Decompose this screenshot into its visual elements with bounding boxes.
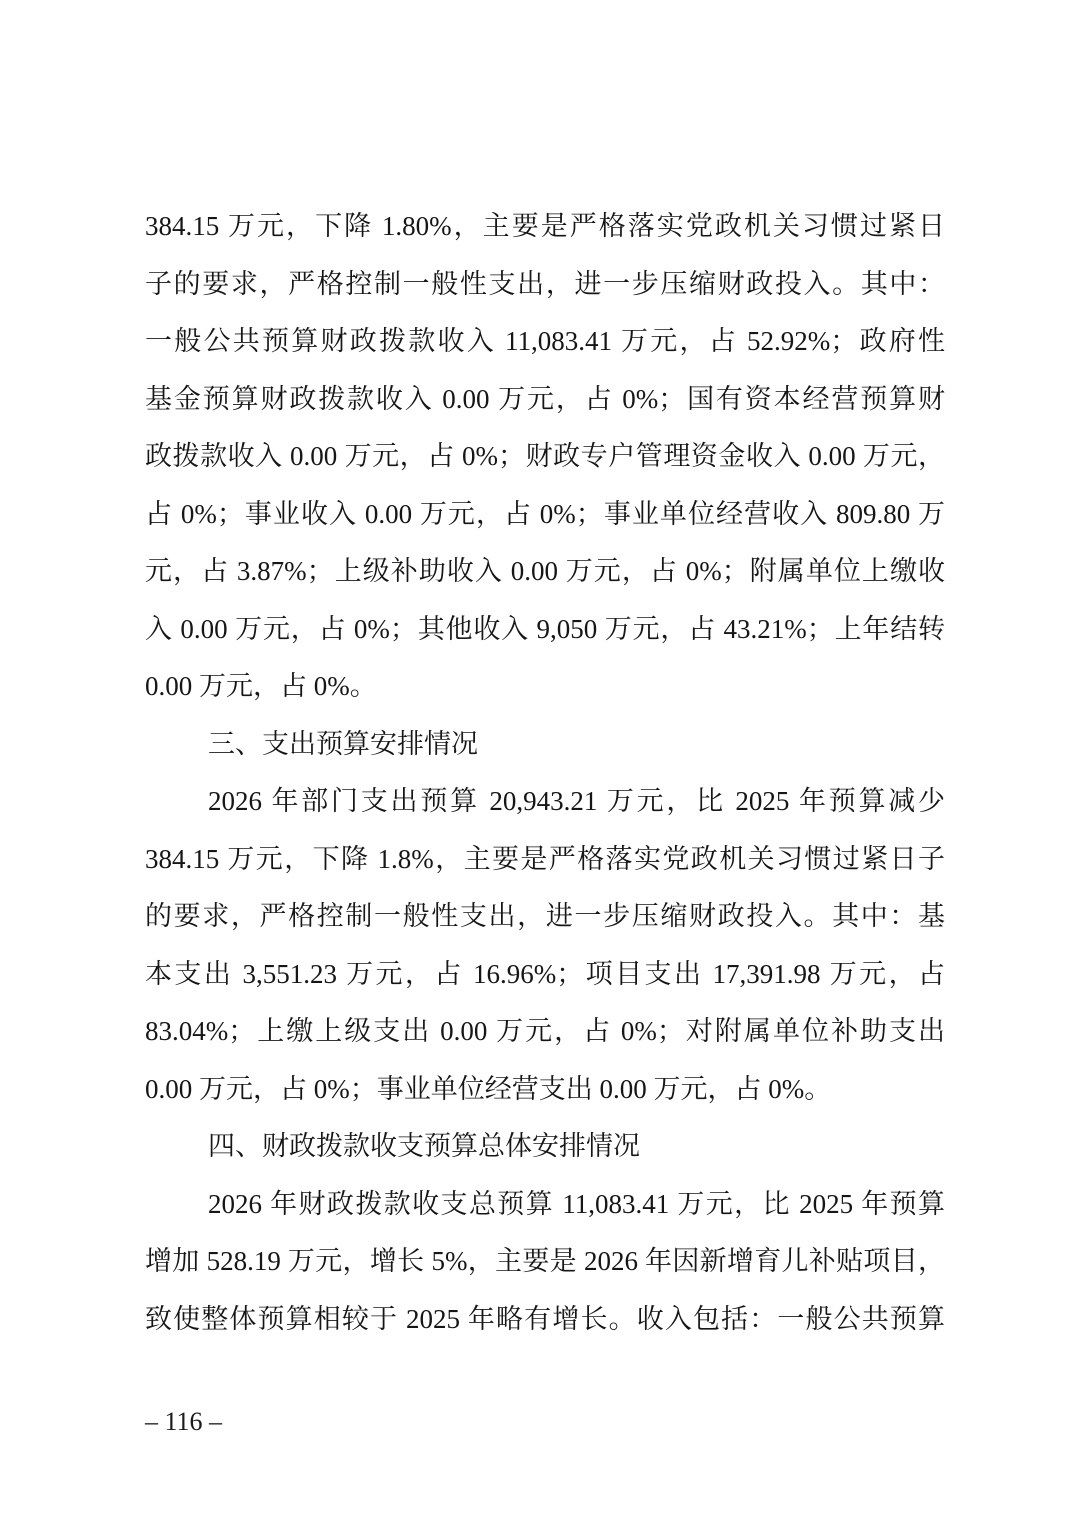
doc-line: 2026 年财政拨款收支总预算 11,083.41 万元，比 2025 年预算	[145, 1176, 945, 1234]
doc-line: 的要求，严格控制一般性支出，进一步压缩财政投入。其中：基	[145, 888, 945, 946]
doc-line: 致使整体预算相较于 2025 年略有增长。收入包括：一般公共预算	[145, 1291, 945, 1349]
doc-line: 0.00 万元，占 0%。	[145, 658, 945, 716]
section-heading-expenditure: 三、支出预算安排情况	[145, 716, 945, 774]
doc-line: 元，占 3.87%；上级补助收入 0.00 万元，占 0%；附属单位上缴收	[145, 543, 945, 601]
section-heading: 三、支出预算安排情况	[145, 716, 945, 774]
section-heading-fiscal-appropriation: 四、财政拨款收支预算总体安排情况	[145, 1118, 945, 1176]
doc-line: 增加 528.19 万元，增长 5%，主要是 2026 年因新增育儿补贴项目，	[145, 1233, 945, 1291]
document-body: 384.15 万元，下降 1.80%，主要是严格落实党政机关习惯过紧日 子的要求…	[145, 198, 945, 1348]
page-number: – 116 –	[145, 1402, 222, 1442]
doc-line: 基金预算财政拨款收入 0.00 万元，占 0%；国有资本经营预算财	[145, 371, 945, 429]
paragraph-fiscal-appropriation-total: 2026 年财政拨款收支总预算 11,083.41 万元，比 2025 年预算 …	[145, 1176, 945, 1349]
doc-line: 2026 年部门支出预算 20,943.21 万元，比 2025 年预算减少	[145, 773, 945, 831]
paragraph-income-budget-continued: 384.15 万元，下降 1.80%，主要是严格落实党政机关习惯过紧日 子的要求…	[145, 198, 945, 716]
doc-line: 子的要求，严格控制一般性支出，进一步压缩财政投入。其中：	[145, 256, 945, 314]
doc-line: 政拨款收入 0.00 万元，占 0%；财政专户管理资金收入 0.00 万元，	[145, 428, 945, 486]
doc-line: 入 0.00 万元，占 0%；其他收入 9,050 万元，占 43.21%；上年…	[145, 601, 945, 659]
paragraph-expenditure-budget: 2026 年部门支出预算 20,943.21 万元，比 2025 年预算减少 3…	[145, 773, 945, 1118]
doc-line: 384.15 万元，下降 1.80%，主要是严格落实党政机关习惯过紧日	[145, 198, 945, 256]
doc-line: 384.15 万元，下降 1.8%，主要是严格落实党政机关习惯过紧日子	[145, 831, 945, 889]
section-heading: 四、财政拨款收支预算总体安排情况	[145, 1118, 945, 1176]
doc-line: 83.04%；上缴上级支出 0.00 万元，占 0%；对附属单位补助支出	[145, 1003, 945, 1061]
doc-line: 本支出 3,551.23 万元，占 16.96%；项目支出 17,391.98 …	[145, 946, 945, 1004]
doc-line: 占 0%；事业收入 0.00 万元，占 0%；事业单位经营收入 809.80 万	[145, 486, 945, 544]
doc-line: 一般公共预算财政拨款收入 11,083.41 万元，占 52.92%；政府性	[145, 313, 945, 371]
doc-line: 0.00 万元，占 0%；事业单位经营支出 0.00 万元，占 0%。	[145, 1061, 945, 1119]
